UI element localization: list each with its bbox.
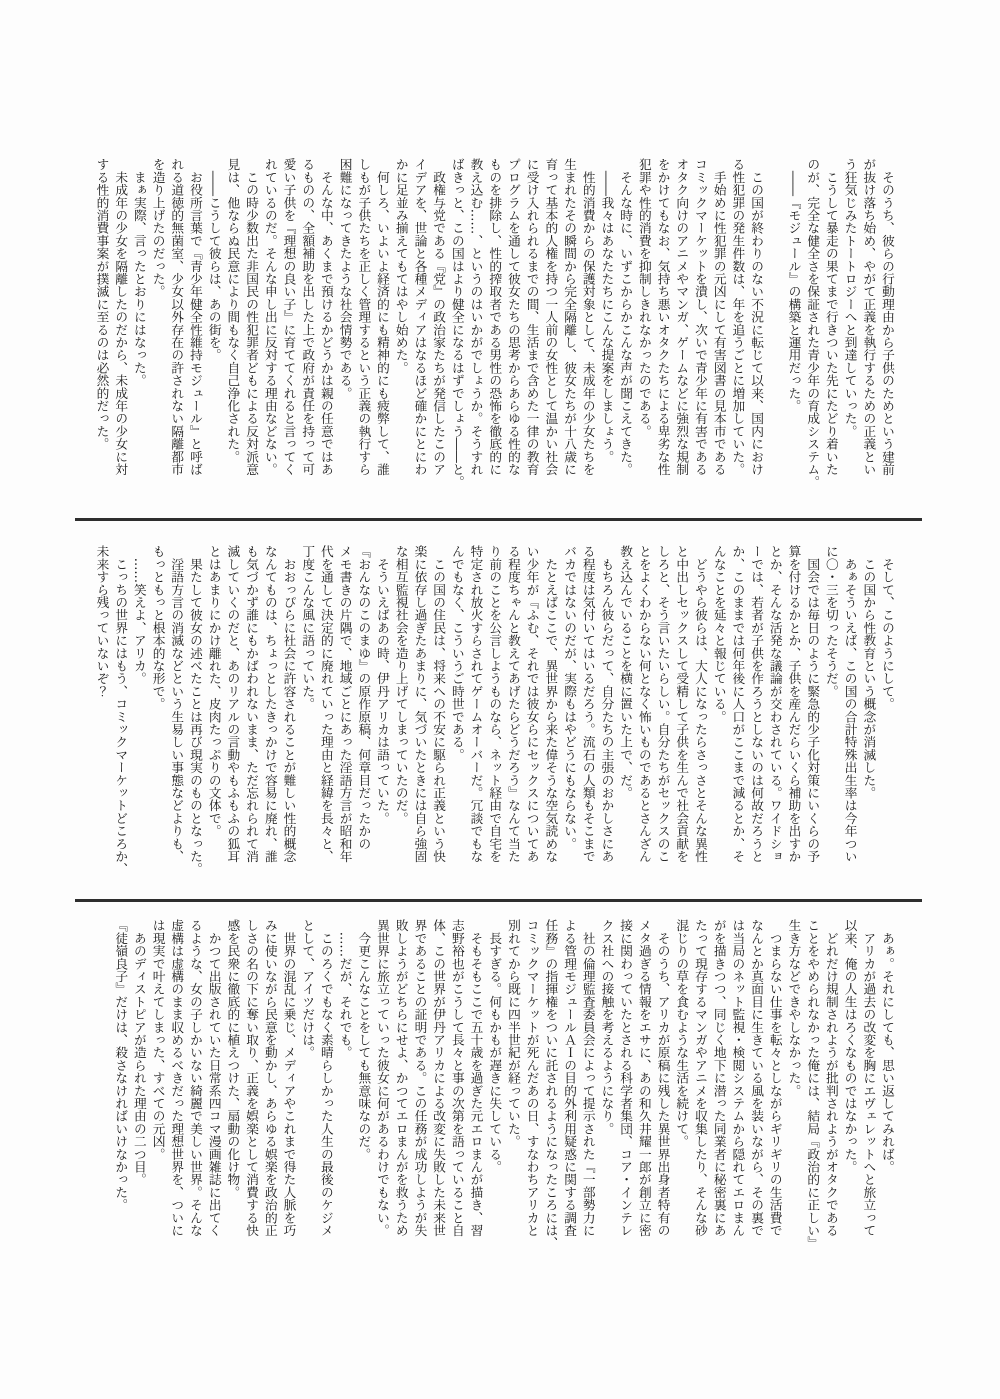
vertical-text-section-3: あぁ。それにしても、思い返してみれば。 アリカが過去の改変を胸にエヴェレットへと… — [110, 919, 896, 1249]
section-divider-1 — [75, 518, 922, 521]
novel-page: そのうち、彼らの行動理由から子供のためという建前 が抜け落ち始め、やがて正義を執… — [0, 0, 1000, 1399]
vertical-text-section-2: そして、このようにして。 この国から性教育という概念が消滅した。 あぁそういえば… — [92, 545, 896, 875]
section-divider-2 — [75, 899, 922, 902]
vertical-text-section-1: そのうち、彼らの行動理由から子供のためという建前 が抜け落ち始め、やがて正義を執… — [92, 158, 896, 488]
